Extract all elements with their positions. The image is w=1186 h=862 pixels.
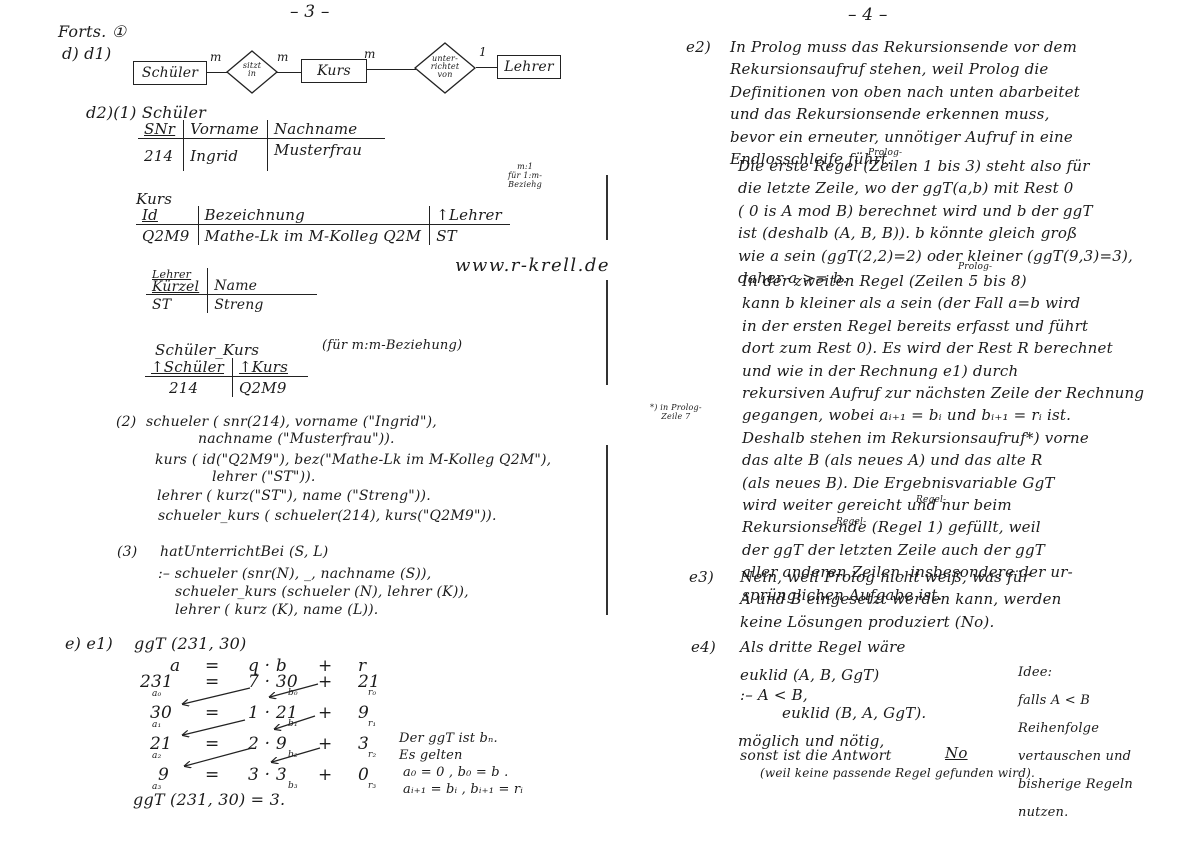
relation-sitzt-in: sitztin <box>226 50 278 94</box>
prolog-code-line: euklid (B, A, GgT). <box>782 702 926 724</box>
text-line: die letzte Zeile, wo der ggT(a,b) mit Re… <box>738 177 1133 199</box>
euclid-sub: r₁ <box>368 719 376 729</box>
euclid-plus: + <box>318 734 332 754</box>
section-3-label: (3) <box>117 544 137 560</box>
text-line: und wie in der Rechnung e1) durch <box>742 360 1144 382</box>
euclid-sub: b₂ <box>288 750 298 760</box>
text-line: Deshalb stehen im Rekursionsaufruf*) vor… <box>742 427 1144 449</box>
euclid-sub: b₀ <box>288 688 298 698</box>
answer-no: No <box>945 742 968 764</box>
section-2-label: (2) <box>116 414 136 430</box>
relation-unterrichtet-von: unter-richtetvon <box>414 42 476 94</box>
text-line: kann b kleiner als a sein (der Fall a=b … <box>742 292 1144 314</box>
euclid-title: ggT (231, 30) <box>134 634 246 653</box>
text-line: das alte B (als neues A) und das alte R <box>742 449 1144 471</box>
column-header: Bezeichnung <box>198 206 430 225</box>
column-header: Nachname <box>267 120 385 139</box>
euclid-plus: + <box>318 672 332 692</box>
er-edge <box>206 72 228 73</box>
prolog-fact-line: schueler ( snr(214), vorname ("Ingrid"), <box>146 414 437 430</box>
text-line: dort zum Rest 0). Es wird der Rest R ber… <box>742 337 1144 359</box>
cardinality: m <box>210 50 222 64</box>
text-line: in der ersten Regel bereits erfasst und … <box>742 315 1144 337</box>
page-number-left: – 3 – <box>290 2 330 22</box>
euclid-qb: 2 · 9 <box>248 734 287 754</box>
idea-line: nutzen. <box>1018 805 1133 820</box>
column-header: ↑Schüler <box>145 358 233 377</box>
euclid-sub: r₂ <box>368 750 376 760</box>
prolog-rule-line: hatUnterrichtBei (S, L) <box>160 544 328 560</box>
e3-paragraph: Nein, weil Prolog nicht weiß, was fürA u… <box>740 566 1062 633</box>
column-header: ↑Kurs <box>233 358 308 377</box>
euclid-eq: = <box>205 703 219 723</box>
euclid-eq: = <box>205 672 219 692</box>
text-line: (als neues B). Die Ergebnisvariable GgT <box>742 472 1144 494</box>
text-line: Rekursionsende (Regel 1) gefüllt, weil <box>742 516 1144 538</box>
e4-conclusion: sonst ist die Antwort <box>740 748 892 764</box>
euclid-sub: a₂ <box>152 751 161 761</box>
table-annotation: m:1für 1:m-Beziehg <box>508 162 542 189</box>
watermark-url: www.r-krell.de <box>455 255 610 276</box>
column-header: SNr <box>138 120 184 139</box>
euclid-sub: a₁ <box>152 720 161 730</box>
cardinality: m <box>277 50 289 64</box>
column-header: Name <box>208 268 317 295</box>
column-header: Vorname <box>184 120 268 139</box>
er-edge <box>277 72 302 73</box>
section-d1-label: d) d1) <box>62 44 111 63</box>
text-line: bevor ein erneuter, unnötiger Aufruf in … <box>730 126 1080 148</box>
section-e2-label: e2) <box>686 36 711 58</box>
text-line: ist (deshalb (A, B, B)). b könnte gleich… <box>738 222 1133 244</box>
prolog-rule-line: :– schueler (snr(N), _, nachname (S)), <box>158 566 431 582</box>
table-title-schueler-kurs: Schüler_Kurs <box>155 341 259 359</box>
text-line: Die erste Regel (Zeilen 1 bis 3) steht a… <box>738 155 1133 177</box>
e4-conclusion: (weil keine passende Regel gefunden wird… <box>760 766 1035 780</box>
text-line: rekursiven Aufruf zur nächsten Zeile der… <box>742 382 1144 404</box>
table-annotation: (für m:m-Beziehung) <box>322 338 462 353</box>
text-line: In Prolog muss das Rekursionsende vor de… <box>730 36 1080 58</box>
idea-line: vertauschen und <box>1018 749 1133 764</box>
idea-note: Idee:falls A < BReihenfolgevertauschen u… <box>1018 652 1133 833</box>
text-line: ( 0 is A mod B) berechnet wird und b der… <box>738 200 1133 222</box>
column-header: LehrerKürzel <box>146 268 208 295</box>
table-schueler: SNrVornameNachname 214IngridMusterfrau <box>138 120 385 171</box>
euclid-plus: + <box>318 703 332 723</box>
table-row: 214Q2M9 <box>145 377 308 398</box>
superscript-note: Regel- <box>836 517 866 527</box>
cardinality: 1 <box>479 45 487 59</box>
e2-paragraph-3: In der zweiten Regel (Zeilen 5 bis 8)kan… <box>742 270 1144 606</box>
er-edge <box>366 69 416 70</box>
table-row: Q2M9Mathe-Lk im M-Kolleg Q2MST <box>136 225 510 246</box>
section-e4-label: e4) <box>691 636 716 658</box>
euclid-qb: 3 · 3 <box>248 765 287 785</box>
page-divider <box>606 280 608 385</box>
page-divider <box>606 175 608 240</box>
text-line: Definitionen von oben nach unten abarbei… <box>730 81 1080 103</box>
table-row: STStreng <box>146 295 317 314</box>
superscript-note: Regel- <box>916 495 946 505</box>
idea-line: Reihenfolge <box>1018 721 1133 736</box>
text-line: und das Rekursionsende erkennen muss, <box>730 103 1080 125</box>
section-e3-label: e3) <box>689 566 714 588</box>
column-header: ↑Lehrer <box>430 206 510 225</box>
text-line: In der zweiten Regel (Zeilen 5 bis 8) <box>742 270 1144 292</box>
prolog-fact-line: lehrer ( kurz("ST"), name ("Streng")). <box>157 488 431 504</box>
e2-paragraph-1: In Prolog muss das Rekursionsende vor de… <box>730 36 1080 170</box>
section-e1-label: e) e1) <box>65 634 113 653</box>
e4-intro: Als dritte Regel wäre <box>740 636 906 658</box>
table-schueler-kurs: ↑Schüler↑Kurs 214Q2M9 <box>145 358 308 397</box>
euclid-sub: r₃ <box>368 781 376 791</box>
text-line: gegangen, wobei aᵢ₊₁ = bᵢ und bᵢ₊₁ = rᵢ … <box>742 404 1144 426</box>
entity-lehrer: Lehrer <box>497 55 561 79</box>
euclid-note: Der ggT ist bₙ. Es gelten a₀ = 0 , b₀ = … <box>399 730 523 798</box>
table-lehrer: LehrerKürzelName STStreng <box>146 268 317 313</box>
euclid-eq: = <box>205 765 219 785</box>
page-divider <box>606 445 608 615</box>
euclid-sub: a₀ <box>152 689 161 699</box>
prolog-fact-line: nachname ("Musterfrau")). <box>198 431 395 447</box>
text-line: Nein, weil Prolog nicht weiß, was für <box>740 566 1062 588</box>
prolog-rule-line: schueler_kurs (schueler (N), lehrer (K))… <box>175 584 469 600</box>
idea-line: bisherige Regeln <box>1018 777 1133 792</box>
table-kurs: IdBezeichnung↑Lehrer Q2M9Mathe-Lk im M-K… <box>136 206 510 245</box>
text-line: Rekursionsaufruf stehen, weil Prolog die <box>730 58 1080 80</box>
prolog-rule-line: lehrer ( kurz (K), name (L)). <box>175 602 378 618</box>
prolog-fact-line: lehrer ("ST")). <box>212 469 316 485</box>
text-line: A und B eingesetzt werden kann, werden <box>740 588 1062 610</box>
idea-line: falls A < B <box>1018 693 1133 708</box>
table-row: 214IngridMusterfrau <box>138 139 385 172</box>
entity-kurs: Kurs <box>301 59 367 83</box>
footnote: *) in Prolog-Zeile 7 <box>650 403 702 421</box>
entity-schueler: Schüler <box>133 61 207 85</box>
column-header: Id <box>136 206 198 225</box>
euclid-sub: b₃ <box>288 781 298 791</box>
euclid-sub: b₁ <box>288 719 298 729</box>
page-number-right: – 4 – <box>848 5 888 25</box>
prolog-fact-line: schueler_kurs ( schueler(214), kurs("Q2M… <box>158 508 497 524</box>
text-line: keine Lösungen produziert (No). <box>740 611 1062 633</box>
euclid-result: ggT (231, 30) = 3. <box>133 790 285 809</box>
text-line: wie a sein (ggT(2,2)=2) oder kleiner (gg… <box>738 245 1133 267</box>
cardinality: m <box>364 47 376 61</box>
continuation-label: Forts. ① <box>58 22 126 41</box>
euclid-eq: = <box>205 734 219 754</box>
euclid-plus: + <box>318 765 332 785</box>
euclid-sub: r₀ <box>368 688 376 698</box>
er-edge <box>476 67 498 68</box>
text-line: der ggT der letzten Zeile auch der ggT <box>742 539 1144 561</box>
idea-line: Idee: <box>1018 665 1133 680</box>
prolog-fact-line: kurs ( id("Q2M9"), bez("Mathe-Lk im M-Ko… <box>155 452 551 468</box>
